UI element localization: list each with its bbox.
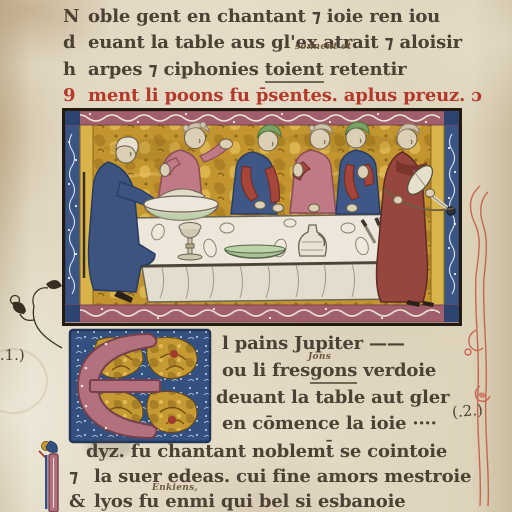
- line-text: euant la table aus gl'ex atrait ⁊ aloisi…: [88, 32, 462, 53]
- margin-number-right: (.2.): [451, 401, 483, 422]
- gold-strip-right: [431, 124, 444, 306]
- illuminated-initial-E: [58, 328, 216, 446]
- banquet-table: [128, 214, 414, 302]
- red-flourish-right-margin: [450, 180, 512, 512]
- line-initial: N: [63, 6, 79, 27]
- parchment-stain: [0, 348, 48, 414]
- rubric-line: 9 ment li poons fu p̄sentes. aplus preuz…: [88, 85, 482, 106]
- ivy-flourish-left: [0, 268, 66, 352]
- text-line: ⁊ la suer edeas. cui fine amors mestroie: [94, 466, 471, 487]
- text-line: deuant la table aut gler: [216, 387, 449, 408]
- line-text: retentir: [324, 59, 407, 80]
- text-line: l pains Jupiter ——: [222, 333, 405, 354]
- line-text: en cōmence la ioie ····: [222, 413, 437, 434]
- line-initial: ⁊: [69, 466, 78, 487]
- text-line: & lyos fu enmi qui bel si esbanoie: [94, 491, 405, 512]
- expunged-word: toient: [265, 59, 324, 83]
- line-text: la suer edeas. cui fine amors mestroie: [94, 466, 471, 487]
- text-line: d euant la table aus gl'ex atrait ⁊ aloi…: [88, 32, 462, 53]
- line-text: dyz. fu chantant noblemt̄ se cointoie: [86, 441, 447, 462]
- manuscript-page: N oble gent en chantant ⁊ ioie ren iou d…: [0, 0, 512, 512]
- text-line: N oble gent en chantant ⁊ ioie ren iou: [88, 6, 440, 27]
- line-initial: d: [63, 32, 75, 53]
- line-text: deuant la table aut gler: [216, 387, 449, 408]
- expunged-word: enmi: [165, 491, 215, 512]
- line-text: lyos fu: [94, 491, 165, 512]
- rubric-initial: 9: [63, 85, 75, 106]
- line-text: arpes ⁊ ciphonies: [88, 59, 265, 80]
- decorated-bar-bottom-left: [36, 438, 66, 512]
- interlinear-gloss: sonnent et: [295, 42, 352, 52]
- line-text: l pains Jupiter ——: [222, 333, 405, 354]
- line-text: verdoie: [357, 360, 436, 381]
- blue-border-left: [65, 124, 80, 306]
- expunged-word: gons: [310, 360, 357, 384]
- text-line: dyz. fu chantant noblemt̄ se cointoie: [86, 441, 447, 462]
- line-text: ou li fres: [222, 360, 310, 381]
- miniature-banquet-scene: [62, 108, 462, 326]
- text-line: h arpes ⁊ ciphonies toient retentir: [88, 59, 406, 80]
- line-initial: &: [69, 491, 85, 512]
- rubric-text: ment li poons fu p̄sentes. aplus preuz. …: [88, 85, 482, 106]
- line-text: qui bel si esbanoie: [215, 491, 406, 512]
- line-text: oble gent en chantant ⁊ ioie ren iou: [88, 6, 440, 27]
- text-line: en cōmence la ioie ····: [222, 413, 437, 434]
- green-dish: [225, 245, 285, 258]
- text-line: ou li fresgons verdoie: [222, 360, 436, 381]
- line-initial: h: [63, 59, 76, 80]
- rose-border-top: [65, 111, 459, 125]
- rose-border-bottom: [65, 305, 459, 322]
